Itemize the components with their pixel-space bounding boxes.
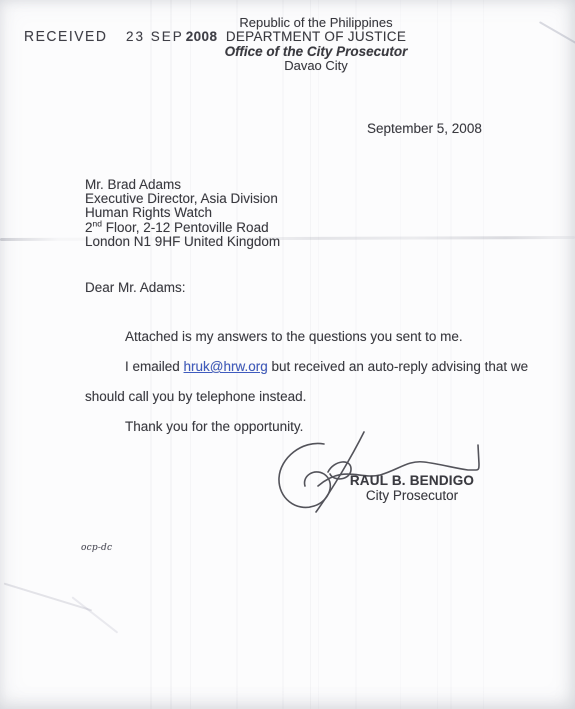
scan-streak xyxy=(190,0,191,709)
scan-streak xyxy=(318,0,319,709)
salutation: Dear Mr. Adams: xyxy=(85,280,186,295)
scan-streak xyxy=(170,0,172,709)
scanned-letter-page: RECEIVED 23 SEP2008 Republic of the Phil… xyxy=(0,0,575,709)
recipient-address-block: Mr. Brad Adams Executive Director, Asia … xyxy=(85,178,280,249)
para2-before-link: I emailed xyxy=(125,359,184,374)
recipient-organization: Human Rights Watch xyxy=(85,206,280,220)
scan-streak xyxy=(483,0,484,709)
recipient-name: Mr. Brad Adams xyxy=(85,178,280,192)
scan-fold-mark-bottom-left xyxy=(4,583,92,611)
email-link[interactable]: hruk@hrw.org xyxy=(184,359,268,374)
signatory-title: City Prosecutor xyxy=(328,489,496,504)
body-paragraph-2-line-2: should call you by telephone instead. xyxy=(85,389,306,404)
scan-fold-mark-bottom-left xyxy=(72,596,119,633)
street-ordinal: nd xyxy=(93,218,102,228)
scan-fold-mark-top-right xyxy=(539,21,575,49)
body-paragraph-1: Attached is my answers to the questions … xyxy=(125,329,463,344)
recipient-city-line: London N1 9HF United Kingdom xyxy=(85,235,280,249)
scan-streak xyxy=(437,0,438,709)
scan-streak xyxy=(400,0,401,709)
footer-reference-code: ocp-dc xyxy=(81,543,112,553)
scan-streak xyxy=(310,0,311,709)
scan-streak xyxy=(150,0,152,709)
letterhead: Republic of the Philippines DEPARTMENT O… xyxy=(176,16,456,73)
street-rest: Floor, 2-12 Pentoville Road xyxy=(102,220,269,235)
letterhead-office: Office of the City Prosecutor xyxy=(176,45,456,59)
letter-date: September 5, 2008 xyxy=(367,121,482,136)
scan-streak xyxy=(282,0,284,709)
street-number: 2 xyxy=(85,220,93,235)
signature-block: RAUL B. BENDIGO City Prosecutor xyxy=(328,474,496,503)
received-stamp-label: RECEIVED xyxy=(24,29,107,45)
letterhead-country: Republic of the Philippines xyxy=(176,16,456,30)
scan-streak xyxy=(236,0,238,709)
scan-edge-vignette xyxy=(0,0,575,709)
signatory-name: RAUL B. BENDIGO xyxy=(328,474,496,489)
scan-streak xyxy=(450,0,452,709)
para2-after-link: but received an auto-reply advising that… xyxy=(268,359,528,374)
letterhead-department: DEPARTMENT OF JUSTICE xyxy=(176,30,456,44)
letterhead-city: Davao City xyxy=(176,59,456,73)
recipient-title: Executive Director, Asia Division xyxy=(85,192,280,206)
body-paragraph-2-line-1: I emailed hruk@hrw.org but received an a… xyxy=(125,359,528,374)
recipient-street: 2nd Floor, 2-12 Pentoville Road xyxy=(85,221,280,235)
scan-streak xyxy=(355,0,357,709)
